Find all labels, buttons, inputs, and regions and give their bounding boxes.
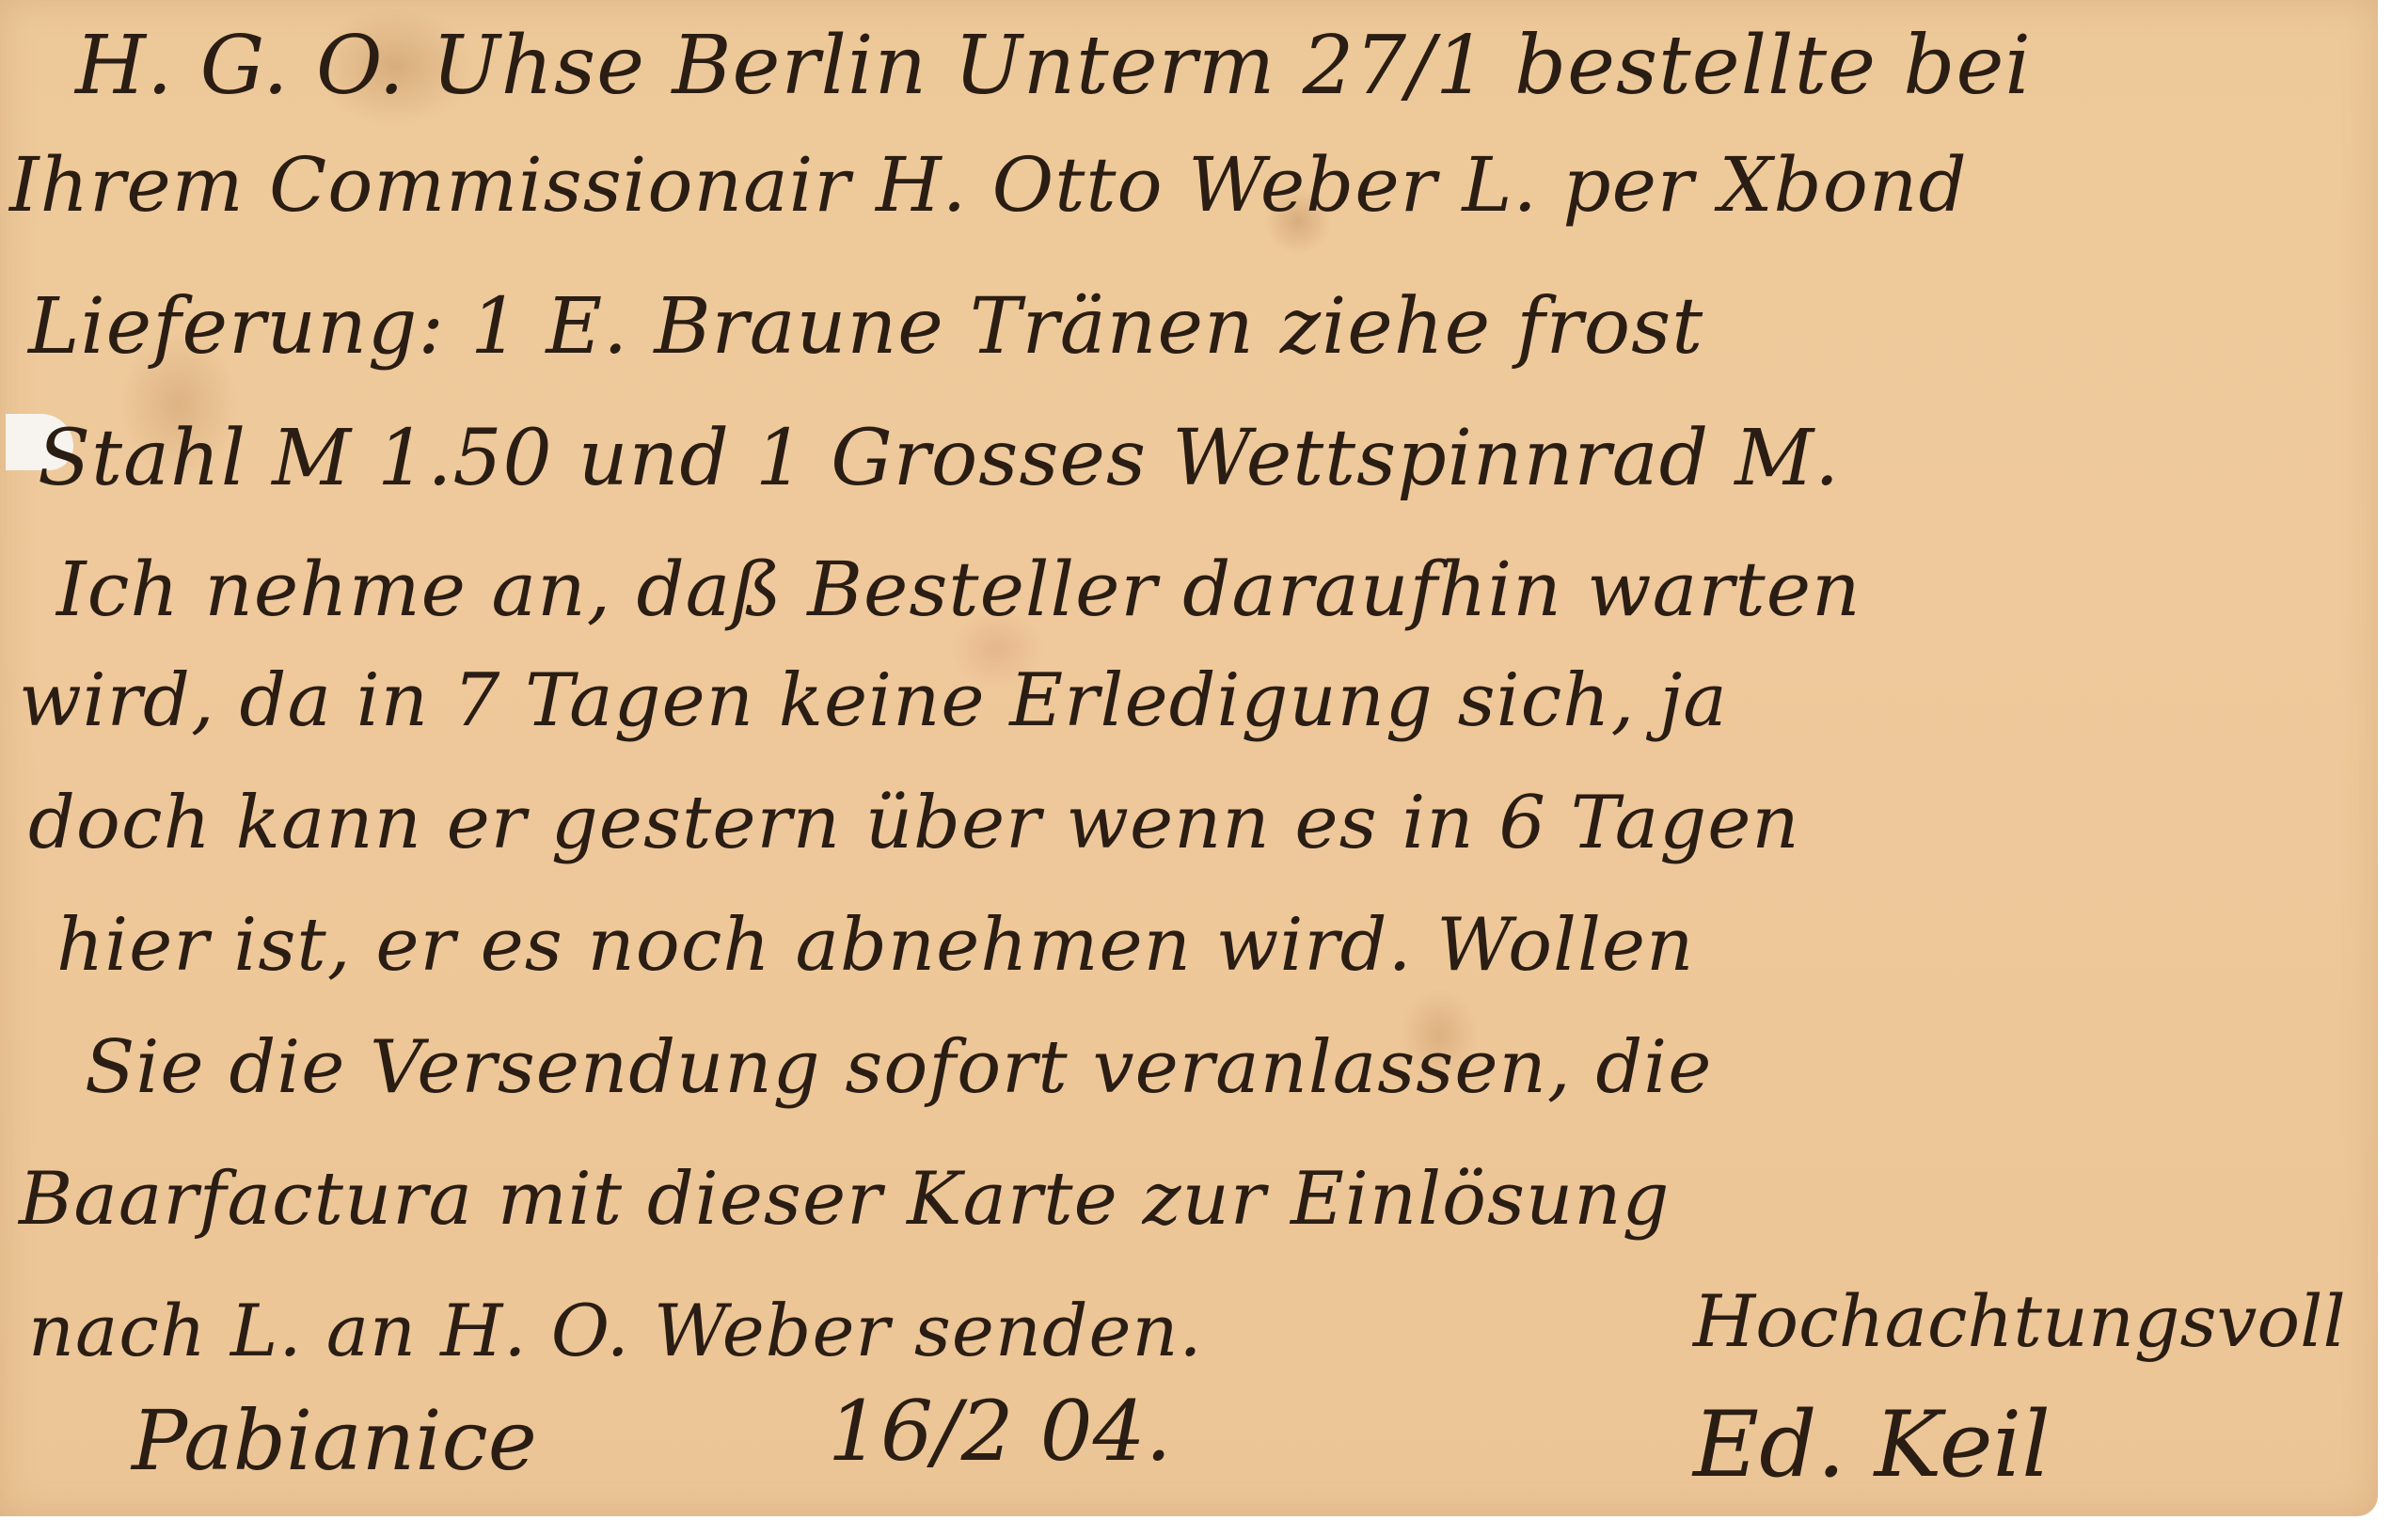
place-name: Pabianice (132, 1392, 537, 1489)
text-line-8: hier ist, er es noch abnehmen wird. Woll… (56, 903, 1694, 988)
text-line-2: Ihrem Commissionair H. Otto Weber L. per… (9, 141, 1968, 229)
text-line-5: Ich nehme an, daß Besteller daraufhin wa… (56, 546, 1861, 633)
postcard: H. G. O. Uhse Berlin Unterm 27/1 bestell… (0, 0, 2378, 1516)
text-line-10: Baarfactura mit dieser Karte zur Einlösu… (19, 1157, 1670, 1242)
closing-salutation: Hochachtungsvoll (1693, 1279, 2346, 1363)
signature: Ed. Keil (1693, 1392, 2051, 1497)
text-line-3: Lieferung: 1 E. Braune Tränen ziehe fros… (28, 282, 1703, 372)
text-line-9: Sie die Versendung sofort veranlassen, d… (85, 1025, 1712, 1110)
text-line-1: H. G. O. Uhse Berlin Unterm 27/1 bestell… (75, 19, 2032, 113)
text-line-7: doch kann er gestern über wenn es in 6 T… (28, 781, 1800, 865)
text-line-11: nach L. an H. O. Weber senden. (28, 1289, 1203, 1372)
text-line-4: Stahl M 1.50 und 1 Grosses Wettspinnrad … (38, 414, 1840, 503)
date: 16/2 04. (828, 1383, 1172, 1480)
text-line-6: wird, da in 7 Tagen keine Erledigung sic… (19, 658, 1728, 743)
